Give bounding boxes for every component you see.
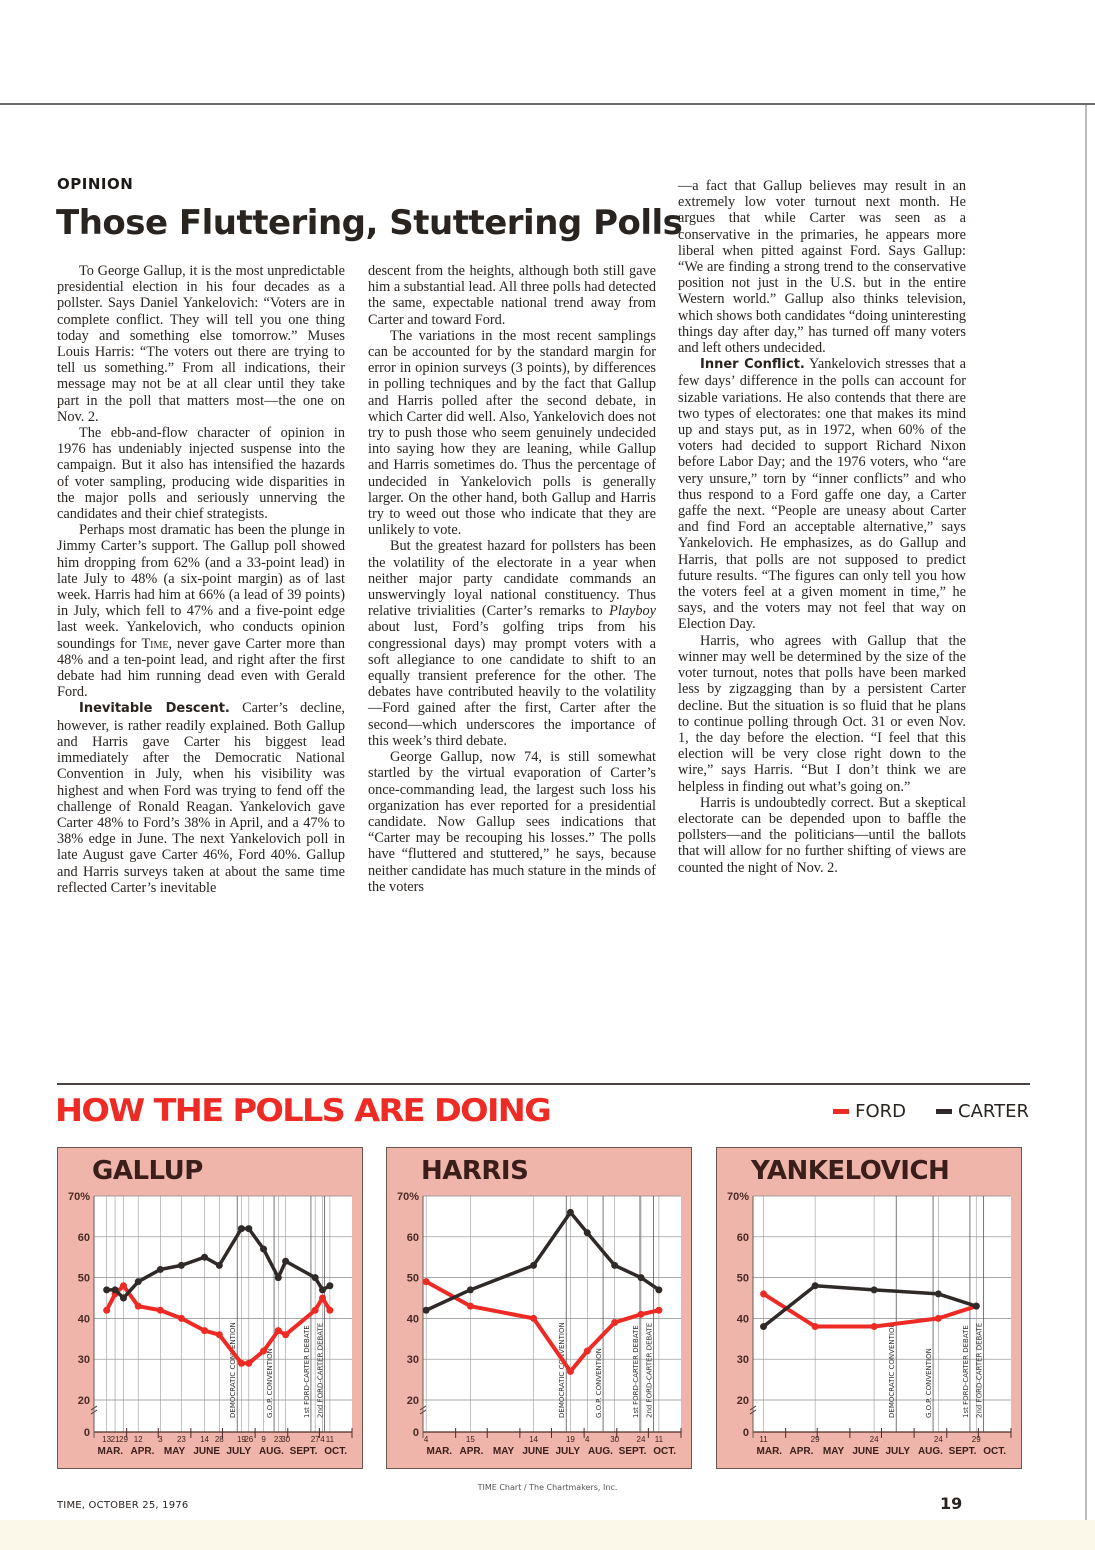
svg-text:70%: 70% (68, 1191, 90, 1203)
svg-text:29: 29 (811, 1435, 820, 1444)
svg-text:40: 40 (407, 1313, 419, 1325)
svg-text:3: 3 (158, 1435, 163, 1444)
svg-text:30: 30 (407, 1354, 419, 1366)
svg-text:50: 50 (78, 1273, 90, 1285)
page-top-border (0, 103, 1095, 105)
svg-text:11: 11 (655, 1435, 664, 1444)
article-column-1: To George Gallup, it is the most unpredi… (57, 263, 345, 896)
event-annotation: 2nd FORD-CARTER DEBATE (646, 1323, 654, 1418)
svg-text:MAR.: MAR. (757, 1446, 783, 1457)
svg-text:MAY: MAY (493, 1446, 515, 1457)
svg-text:AUG.: AUG. (918, 1446, 943, 1457)
subhead: Inner Conflict. (700, 357, 805, 372)
svg-text:SEPT.: SEPT. (949, 1446, 977, 1457)
svg-text:20: 20 (78, 1395, 90, 1407)
chart-panel-yankelovich: YANKELOVICH 70%60504030200DEMOCRATIC CON… (716, 1147, 1022, 1469)
svg-text:JUNE: JUNE (522, 1446, 549, 1457)
svg-text:24: 24 (637, 1435, 646, 1444)
svg-text:60: 60 (737, 1232, 749, 1244)
svg-text:20: 20 (737, 1395, 749, 1407)
svg-text:70%: 70% (397, 1191, 419, 1203)
svg-text:14: 14 (529, 1435, 538, 1444)
svg-text:14: 14 (200, 1435, 209, 1444)
article-paragraph: The variations in the most recent sampli… (368, 328, 656, 539)
article-paragraph: Inner Conflict. Yankelovich stresses tha… (678, 356, 966, 632)
svg-text:30: 30 (78, 1354, 90, 1366)
chart-section-title: HOW THE POLLS ARE DOING (55, 1093, 550, 1129)
svg-text:SEPT.: SEPT. (290, 1446, 318, 1457)
svg-text:60: 60 (78, 1232, 90, 1244)
svg-text:AUG.: AUG. (588, 1446, 613, 1457)
chart-credit: TIME Chart / The Chartmakers, Inc. (0, 1483, 1095, 1492)
svg-text:SEPT.: SEPT. (619, 1446, 647, 1457)
event-annotation: 1st FORD-CARTER DEBATE (632, 1325, 640, 1418)
article-paragraph: descent from the heights, although both … (368, 263, 656, 328)
svg-text:20: 20 (407, 1395, 419, 1407)
article-paragraph: But the greatest hazard for pollsters ha… (368, 538, 656, 749)
page-edge (1085, 105, 1087, 1550)
svg-text:19: 19 (566, 1435, 575, 1444)
svg-text:4: 4 (424, 1435, 429, 1444)
article-paragraph: George Gallup, now 74, is still somewhat… (368, 749, 656, 895)
event-annotation: G.O.P. CONVENTION (595, 1348, 603, 1418)
svg-text:24: 24 (870, 1435, 879, 1444)
svg-text:0: 0 (84, 1427, 90, 1439)
svg-text:OCT.: OCT. (983, 1446, 1006, 1457)
svg-text:26: 26 (244, 1435, 253, 1444)
headline: Those Fluttering, Stuttering Polls (56, 203, 682, 243)
svg-text:30: 30 (281, 1435, 290, 1444)
svg-text:30: 30 (737, 1354, 749, 1366)
issue-date: TIME, OCTOBER 25, 1976 (57, 1500, 188, 1511)
chart-panel-harris: HARRIS 70%60504030200DEMOCRATIC CONVENTI… (386, 1147, 692, 1469)
svg-text:15: 15 (466, 1435, 475, 1444)
event-annotation: 2nd FORD-CARTER DEBATE (976, 1323, 984, 1418)
svg-text:60: 60 (407, 1232, 419, 1244)
line-chart: 70%60504030200DEMOCRATIC CONVENTIONG.O.P… (58, 1148, 364, 1470)
article-column-2: descent from the heights, although both … (368, 263, 656, 895)
article-paragraph: The ebb-and-flow character of opinion in… (57, 425, 345, 522)
legend-label-ford: FORD (855, 1101, 906, 1122)
subhead: Inevitable Descent. (79, 701, 230, 716)
svg-text:JULY: JULY (226, 1446, 251, 1457)
svg-text:MAY: MAY (164, 1446, 186, 1457)
svg-text:APR.: APR. (789, 1446, 813, 1457)
svg-text:50: 50 (407, 1273, 419, 1285)
article-paragraph: Inevitable Descent. Carter’s decline, ho… (57, 700, 345, 895)
chart-legend: FORD CARTER (833, 1101, 1029, 1122)
svg-text:30: 30 (610, 1435, 619, 1444)
svg-text:JUNE: JUNE (852, 1446, 879, 1457)
svg-text:29: 29 (972, 1435, 981, 1444)
event-annotation: DEMOCRATIC CONVENTION (888, 1322, 896, 1418)
svg-text:28: 28 (215, 1435, 224, 1444)
chart-panel-gallup: GALLUP 70%60504030200DEMOCRATIC CONVENTI… (57, 1147, 363, 1469)
svg-text:APR.: APR. (130, 1446, 154, 1457)
svg-text:JULY: JULY (555, 1446, 580, 1457)
svg-text:MAR.: MAR. (427, 1446, 453, 1457)
svg-text:JULY: JULY (885, 1446, 910, 1457)
svg-text:23: 23 (177, 1435, 186, 1444)
svg-text:50: 50 (737, 1273, 749, 1285)
svg-text:4: 4 (320, 1435, 325, 1444)
event-annotation: G.O.P. CONVENTION (925, 1348, 933, 1418)
article-paragraph: Harris is undoubtedly correct. But a ske… (678, 795, 966, 876)
svg-text:MAY: MAY (823, 1446, 845, 1457)
article-paragraph: Harris, who agrees with Gallup that the … (678, 633, 966, 795)
svg-text:70%: 70% (727, 1191, 749, 1203)
event-annotation: DEMOCRATIC CONVENTION (229, 1322, 237, 1418)
section-divider (57, 1083, 1030, 1085)
article-paragraph: To George Gallup, it is the most unpredi… (57, 263, 345, 425)
svg-text:0: 0 (743, 1427, 749, 1439)
svg-text:AUG.: AUG. (259, 1446, 284, 1457)
line-chart: 70%60504030200DEMOCRATIC CONVENTIONG.O.P… (387, 1148, 693, 1470)
svg-text:MAR.: MAR. (98, 1446, 124, 1457)
legend-item-ford: FORD (833, 1101, 906, 1122)
legend-label-carter: CARTER (958, 1101, 1029, 1122)
event-annotation: 1st FORD-CARTER DEBATE (303, 1325, 311, 1418)
carter-swatch-icon (936, 1109, 952, 1114)
page-bottom-tint (0, 1520, 1095, 1550)
svg-text:9: 9 (261, 1435, 266, 1444)
svg-text:11: 11 (759, 1435, 768, 1444)
svg-text:40: 40 (78, 1313, 90, 1325)
svg-text:OCT.: OCT. (653, 1446, 676, 1457)
svg-text:APR.: APR. (459, 1446, 483, 1457)
event-annotation: 2nd FORD-CARTER DEBATE (317, 1323, 325, 1418)
event-annotation: 1st FORD-CARTER DEBATE (962, 1325, 970, 1418)
line-chart: 70%60504030200DEMOCRATIC CONVENTIONG.O.P… (717, 1148, 1023, 1470)
svg-text:OCT.: OCT. (324, 1446, 347, 1457)
svg-text:40: 40 (737, 1313, 749, 1325)
svg-text:29: 29 (119, 1435, 128, 1444)
article-paragraph: —a fact that Gallup believes may result … (678, 178, 966, 356)
svg-text:JUNE: JUNE (193, 1446, 220, 1457)
svg-text:27: 27 (311, 1435, 320, 1444)
svg-text:11: 11 (326, 1435, 335, 1444)
article-column-3: —a fact that Gallup believes may result … (678, 178, 966, 876)
svg-text:0: 0 (413, 1427, 419, 1439)
svg-text:24: 24 (934, 1435, 943, 1444)
event-annotation: DEMOCRATIC CONVENTION (558, 1322, 566, 1418)
article-paragraph: Perhaps most dramatic has been the plung… (57, 522, 345, 700)
page-number: 19 (940, 1494, 962, 1513)
section-label: OPINION (57, 175, 133, 193)
ford-swatch-icon (833, 1109, 849, 1114)
event-annotation: G.O.P. CONVENTION (266, 1348, 274, 1418)
svg-text:12: 12 (134, 1435, 143, 1444)
svg-text:4: 4 (585, 1435, 590, 1444)
legend-item-carter: CARTER (936, 1101, 1029, 1122)
